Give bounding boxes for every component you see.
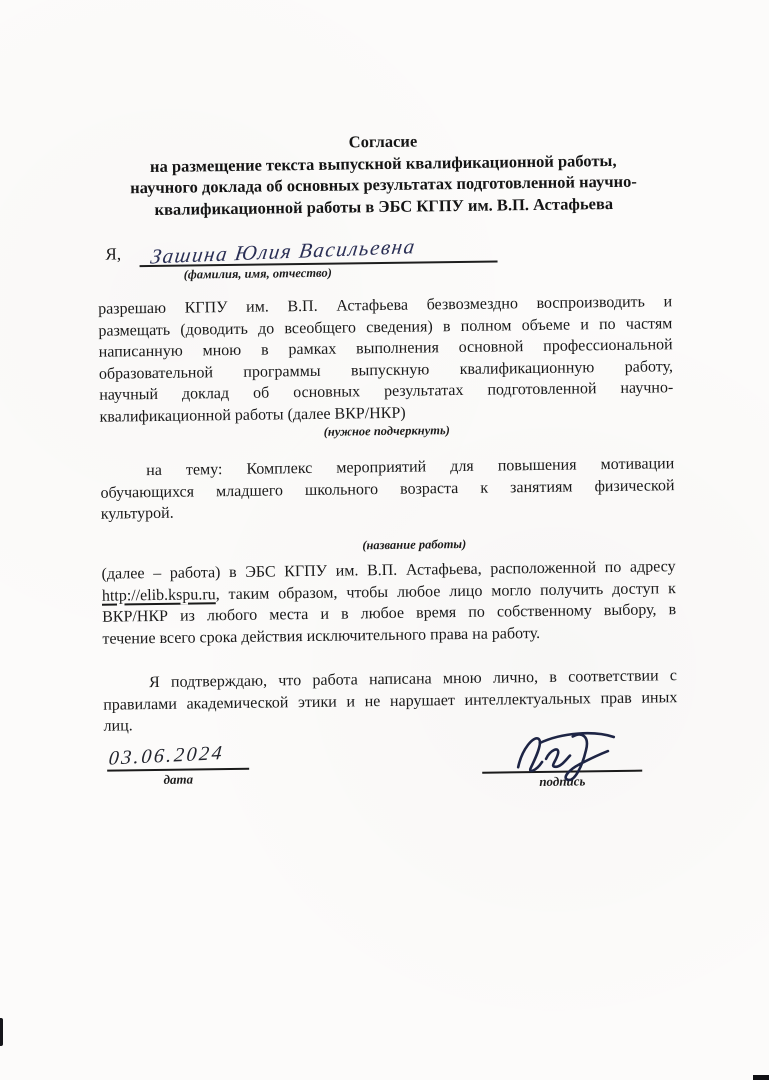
scan-artifact-bottom-right [753,1075,769,1080]
scanned-consent-document: Согласие на размещение текста выпускной … [0,0,769,1080]
date-block: 03.06.2024 дата [107,740,250,789]
title-block: Согласие на размещение текста выпускной … [96,127,671,221]
date-caption: дата [107,770,249,789]
work-title-caption: (название работы) [127,534,701,557]
document-content: Согласие на размещение текста выпускной … [0,0,769,1080]
fio-caption: (фамилия, имя, отчество) [184,266,332,283]
name-underline: Зашина Юлия Васильевна [139,231,497,268]
permission-paragraph: разрешаю КГПУ им. В.П. Астафьева безвозм… [98,291,674,428]
handwritten-date: 03.06.2024 [105,738,225,774]
declarant-row: Я, Зашина Юлия Васильевна [97,228,671,268]
declarant-prefix: Я, [97,243,121,268]
signature-scribble [510,728,621,785]
topic-paragraph: на тему: Комплекс мероприятий для повыше… [100,453,675,525]
handwritten-name: Зашина Юлия Васильевна [149,234,417,268]
access-paragraph: (далее – работа) в ЭБС КГПУ им. В.П. Аст… [101,556,676,650]
access-url: http://elib.kspu.ru [102,586,216,604]
confirmation-paragraph: Я подтверждаю, что работа написана мною … [103,665,678,737]
scan-artifact-left-edge [0,1018,3,1046]
signature-line [482,730,643,774]
signature-block: подпись [482,730,643,791]
